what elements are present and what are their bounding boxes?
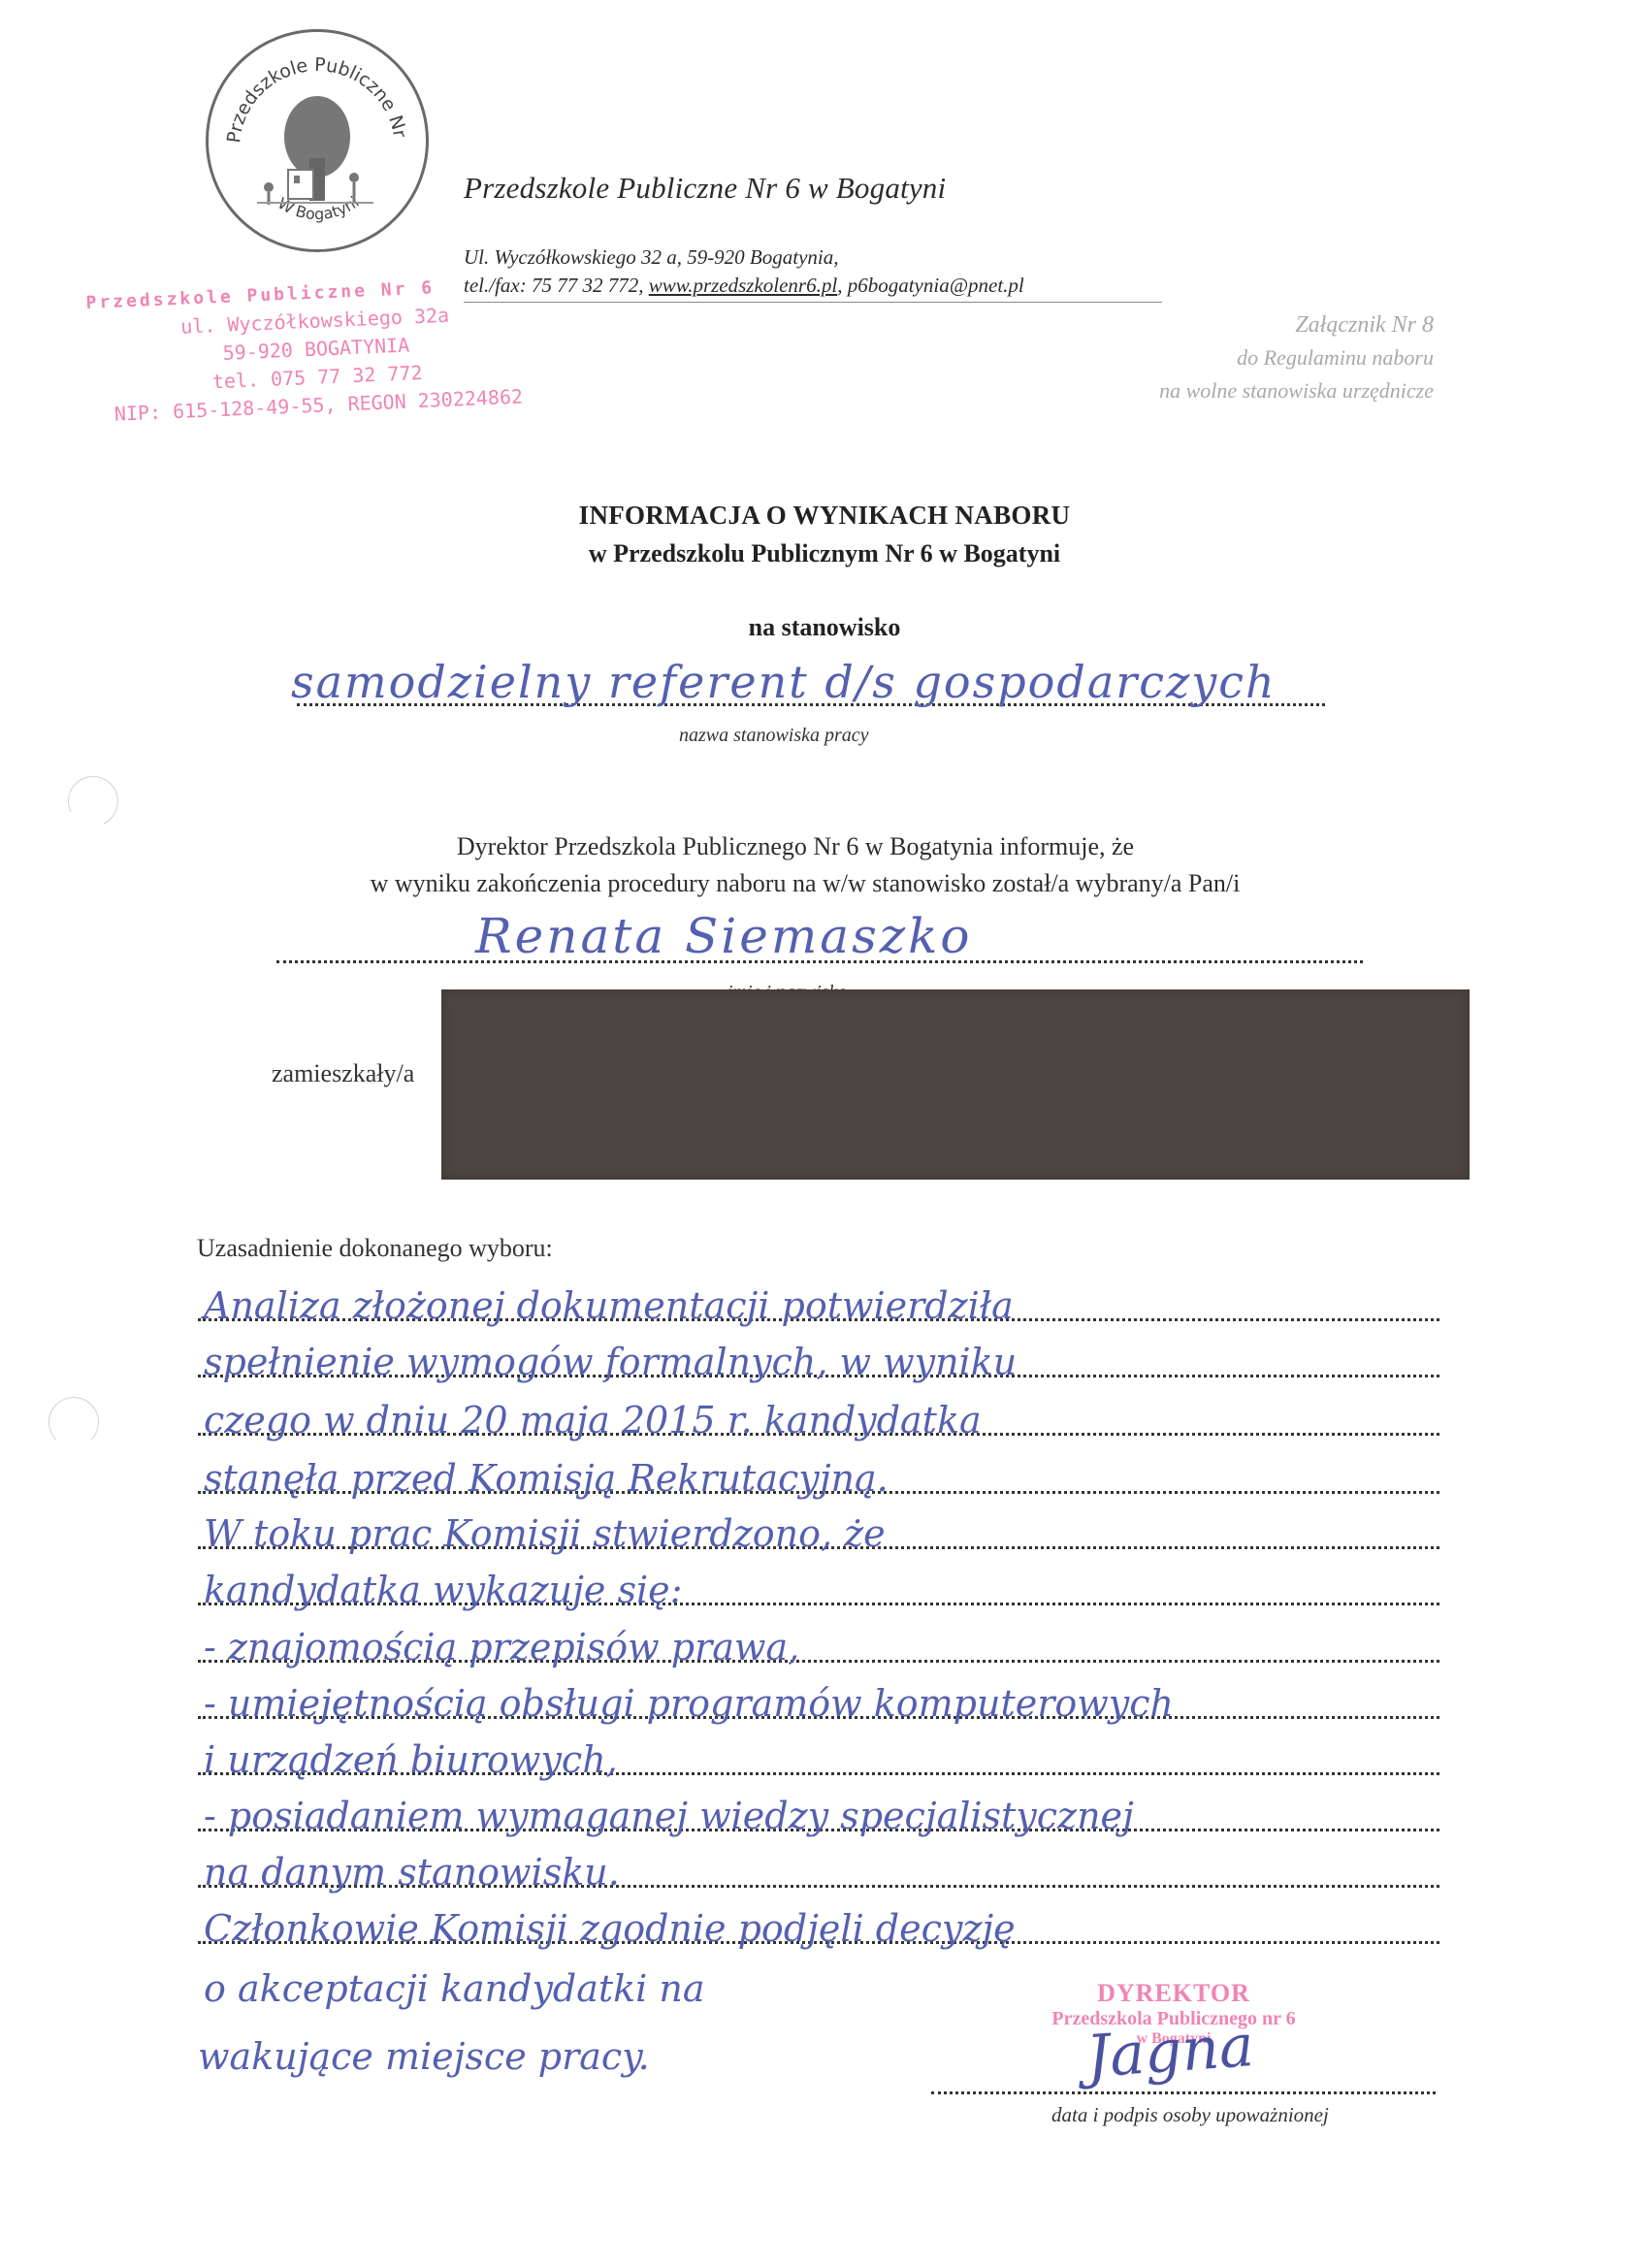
address-stamp: Przedszkole Publiczne Nr 6 ul. Wyczółkow… xyxy=(85,269,547,429)
justification-line: stanęła przed Komisją Rekrutacyjną. xyxy=(198,1443,1439,1494)
punch-hole-mark xyxy=(61,769,126,834)
redaction-box xyxy=(441,989,1470,1180)
justification-text: spełnienie wymogów formalnych, w wyniku xyxy=(204,1341,1017,1383)
position-field-value[interactable]: samodzielny referent d/s gospodarczych xyxy=(291,656,1277,708)
justification-line: - umiejętnością obsługi programów komput… xyxy=(198,1669,1439,1719)
justification-text: wakujące miejsce pracy. xyxy=(198,2035,650,2078)
justification-line: czego w dniu 20 maja 2015 r. kandydatka xyxy=(198,1385,1439,1436)
justification-text: czego w dniu 20 maja 2015 r. kandydatka xyxy=(204,1399,982,1442)
justification-text: W toku prac Komisji stwierdzono, że xyxy=(204,1512,886,1555)
justification-line: - znajomością przepisów prawa, xyxy=(198,1612,1439,1663)
justification-text: stanęła przed Komisją Rekrutacyjną. xyxy=(204,1457,889,1500)
document-subtitle: w Przedszkolu Publicznym Nr 6 w Bogatyni xyxy=(0,539,1649,568)
position-label: na stanowisko xyxy=(0,613,1649,642)
justification-line: kandydatka wykazuje się: xyxy=(198,1555,1439,1605)
attachment-line: na wolne stanowiska urzędnicze xyxy=(1159,374,1434,407)
document-title: INFORMACJA O WYNIKACH NABORU xyxy=(0,501,1649,531)
institution-name: Przedszkole Publiczne Nr 6 w Bogatyni xyxy=(464,171,946,206)
attachment-line: do Regulaminu naboru xyxy=(1159,341,1434,374)
justification-text: - znajomością przepisów prawa, xyxy=(204,1626,799,1669)
justification-text: - umiejętnością obsługi programów komput… xyxy=(204,1682,1174,1725)
justification-text: Członkowie Komisji zgodnie podjęli decyz… xyxy=(204,1907,1016,1950)
announcement-line-2: w wyniku zakończenia procedury naboru na… xyxy=(0,869,1630,898)
letterhead-divider xyxy=(464,302,1162,303)
justification-label: Uzasadnienie dokonanego wyboru: xyxy=(197,1234,553,1263)
email: , p6bogatynia@pnet.pl xyxy=(837,274,1024,297)
website-link[interactable]: www.przedszkolenr6.pl xyxy=(649,274,837,297)
institution-contact: tel./fax: 75 77 32 772, www.przedszkolen… xyxy=(464,274,1024,298)
signature-line xyxy=(931,2091,1436,2094)
justification-line: i urządzeń biurowych, xyxy=(198,1725,1439,1775)
justification-line: na danym stanowisku. xyxy=(198,1837,1439,1888)
signature-scrawl: Jagna xyxy=(1084,2012,1256,2091)
justification-line: Analiza złożonej dokumentacji potwierdzi… xyxy=(198,1271,1439,1321)
justification-text: kandydatka wykazuje się: xyxy=(204,1569,682,1611)
director-title: DYREKTOR xyxy=(1009,1979,1339,2008)
institution-address: Ul. Wyczółkowskiego 32 a, 59-920 Bogatyn… xyxy=(464,245,839,270)
justification-text: i urządzeń biurowych, xyxy=(204,1738,618,1781)
attachment-note: Załącznik Nr 8 do Regulaminu naboru na w… xyxy=(1159,308,1434,407)
tree-house-icon: Przedszkole Publiczne Nr 6 W Bogatyni xyxy=(209,32,426,249)
justification-text: na danym stanowisku. xyxy=(204,1851,620,1894)
signature-caption: data i podpis osoby upoważnionej xyxy=(1051,2103,1329,2127)
justification-line: - posiadaniem wymaganej wiedzy specjalis… xyxy=(198,1781,1439,1831)
residence-label: zamieszkały/a xyxy=(272,1059,414,1088)
justification-line: W toku prac Komisji stwierdzono, że xyxy=(198,1499,1439,1549)
attachment-number: Załącznik Nr 8 xyxy=(1159,308,1434,341)
justification-text: Analiza złożonej dokumentacji potwierdzi… xyxy=(204,1284,1014,1327)
punch-hole-mark xyxy=(48,1397,99,1447)
justification-line: spełnienie wymogów formalnych, w wyniku xyxy=(198,1327,1439,1377)
announcement-line-1: Dyrektor Przedszkola Publicznego Nr 6 w … xyxy=(0,832,1620,861)
justification-text: o akceptacji kandydatki na xyxy=(204,1967,705,2010)
candidate-name-value[interactable]: Renata Siemaszko xyxy=(475,908,973,964)
justification-line: Członkowie Komisji zgodnie podjęli decyz… xyxy=(198,1894,1439,1944)
institution-seal-logo: Przedszkole Publiczne Nr 6 W Bogatyni xyxy=(206,29,429,252)
justification-text: - posiadaniem wymaganej wiedzy specjalis… xyxy=(204,1795,1134,1837)
position-field-caption: nazwa stanowiska pracy xyxy=(679,725,869,747)
